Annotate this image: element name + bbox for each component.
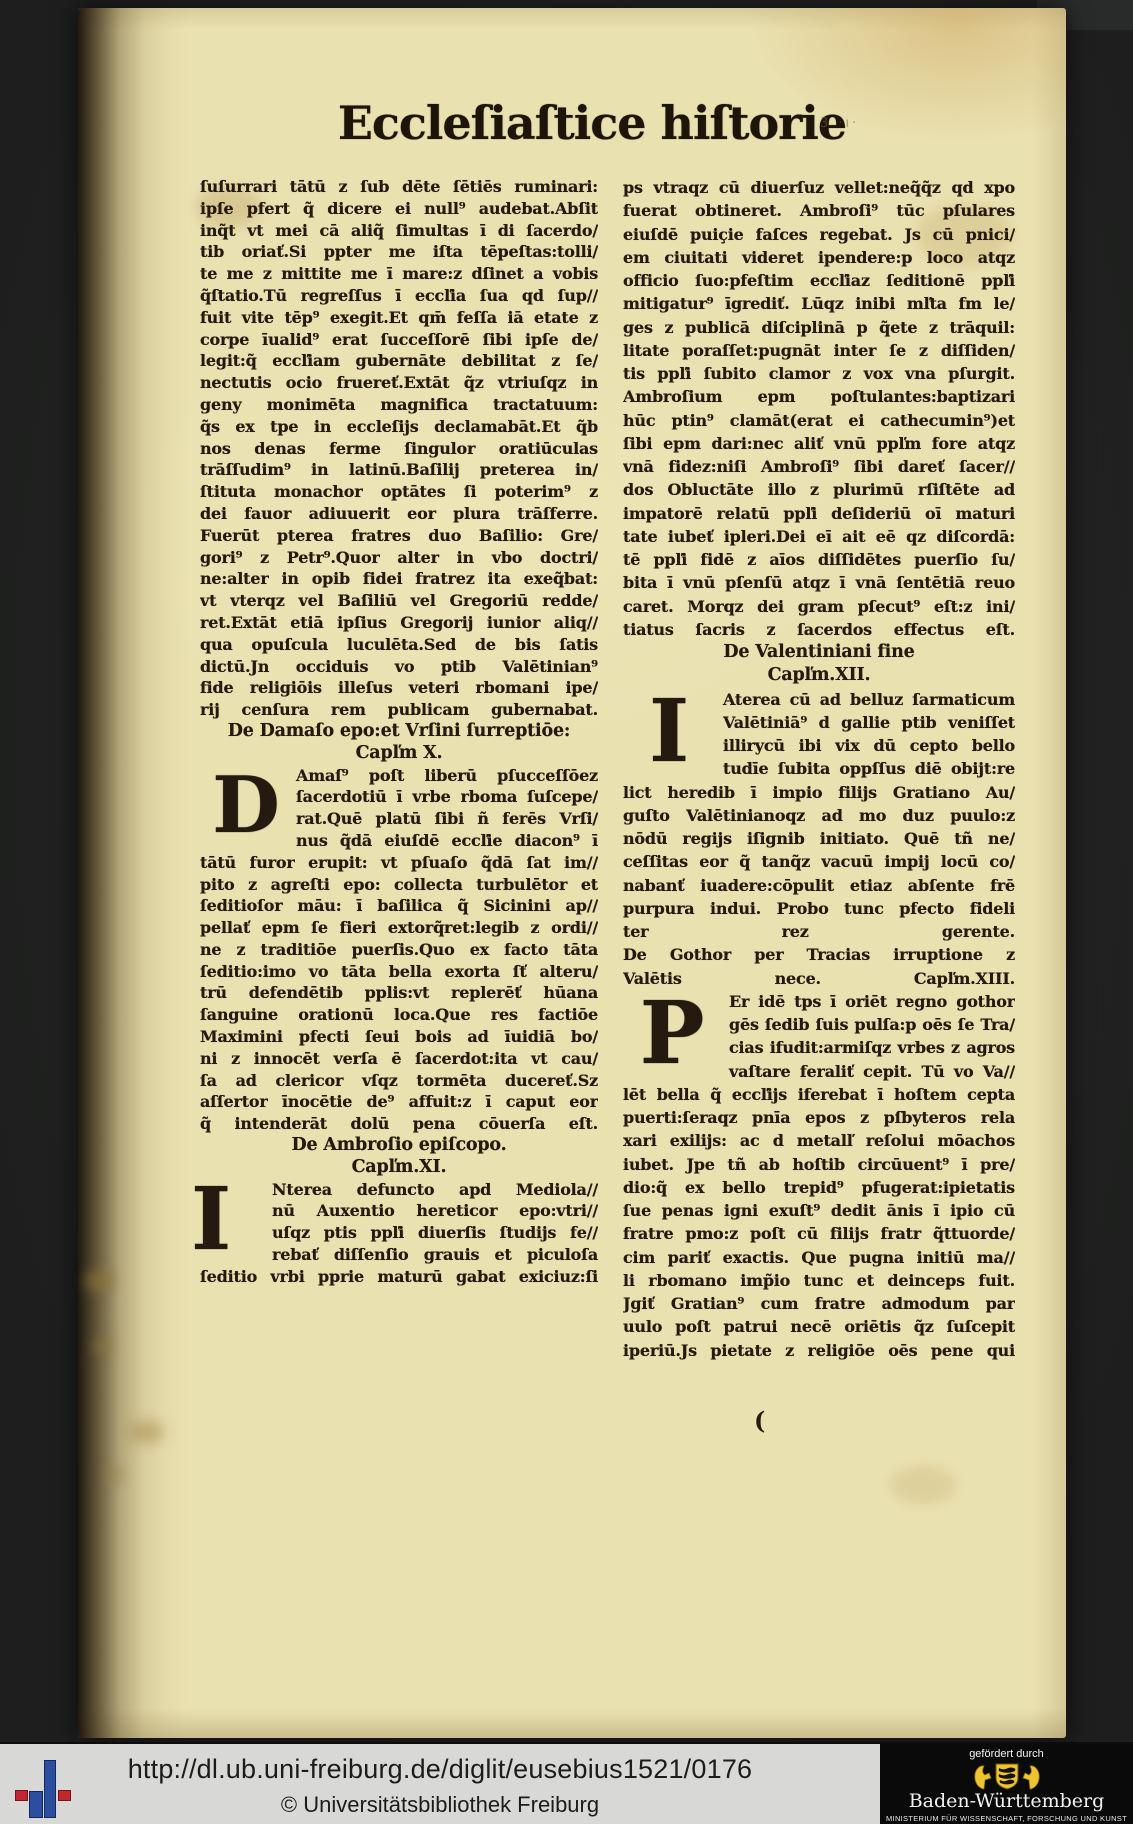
paper-stain: [84, 1270, 114, 1292]
text-line: qua opuſcula luculēta.Sed de bis ſatis: [200, 634, 598, 656]
text-line: purpura indui. Probo tunc pfecto fideli: [623, 897, 1015, 920]
text-line: ceſſitas eor q̃ tanq̃z vacuū impij locū …: [623, 850, 1015, 873]
text-line: pito z agreſti epo: collecta turbulētor …: [200, 874, 598, 896]
text-line: dio:q̃ ex bello trepid⁹ pfugerat:ipietat…: [623, 1176, 1015, 1199]
text-line: ret.Extāt etiā ipſius Gregorij iunior al…: [200, 612, 598, 634]
text-line: ne z traditiōe puerſis.Quo ex facto tāta: [200, 939, 598, 961]
text-line: q̃ intenderāt dolū pena cōuerſa eſt.: [200, 1113, 598, 1135]
text-line: fuit vite tēp⁹ exegit.Et qm̄ feſſa iā et…: [200, 307, 598, 329]
text-line: impatorē relatū ppľi deſideriū oī maturi: [623, 502, 1015, 525]
text-line: fratre pmo:z poſt cū filijs fratr q̃ttuo…: [623, 1222, 1015, 1245]
text-line: fide religiōis illeſus veteri rbomani ip…: [200, 677, 598, 699]
text-line: Jgiť Gratian⁹ cum fratre admodum par: [623, 1292, 1015, 1315]
text-line: ſuſurrari tātū z ſub dēte ſētiēs ruminar…: [200, 176, 598, 198]
text-line: rebať diſſenſio grauis et piculoſa: [200, 1244, 598, 1266]
text-line: caret. Morqz dei gram pſecut⁹ eſt:z ini/: [623, 595, 1015, 618]
drop-cap-letter: I: [623, 684, 715, 779]
digitized-book-scan: Eccleſiaſtice hiſtorie 3 ·ı· ſuſurrari t…: [0, 0, 1133, 1824]
text-line: uſqz ptis ppľi diuerſis ſtudijs fe//: [200, 1222, 598, 1244]
text-line: ſanguine orationū loca.Que res factiōe: [200, 1004, 598, 1026]
funding-state-name: Baden-Württemberg: [880, 1790, 1133, 1812]
text-line: dei fauor adiuuerit eor plura trāſferre.: [200, 503, 598, 525]
text-line: tis ppľi ſubito clamor z vox vna pſurgit…: [623, 362, 1015, 385]
text-column-left: ſuſurrari tātū z ſub dēte ſētiēs ruminar…: [200, 176, 598, 1288]
marginalia-pencil-mark: 3 ·ı·: [820, 116, 859, 131]
text-line: guſto Valētinianoqz ad mo duz puulo:z: [623, 804, 1015, 827]
text-line: iperiū.Js pietate z religiōe oēs pene qu…: [623, 1339, 1015, 1362]
chapter-heading: De Valentiniani fine: [623, 641, 1015, 664]
text-line: trāſſudim⁹ in latinū.Baſilij preterea in…: [200, 459, 598, 481]
text-line: ipſe pfert q̃ dicere ei null⁹ audebat.Ab…: [200, 198, 598, 220]
text-line: uulo poſt patrui necē oriētis q̃z ſuſcep…: [623, 1315, 1015, 1338]
text-line: Maximini pfecti ſeui bois ad īuidiā bo/: [200, 1026, 598, 1048]
text-line: inq̃t vt mei cā aliq̃ ſimultas ī di ſace…: [200, 220, 598, 242]
text-line: tē ppľi fidē z aīos diſſidētes puerſio ſ…: [623, 548, 1015, 571]
running-title: Eccleſiaſtice hiſtorie: [78, 96, 1066, 150]
baden-wuerttemberg-coat-of-arms: [969, 1761, 1045, 1791]
text-line: ges z publicā diſciplinā p q̃ete z trāqu…: [623, 316, 1015, 339]
drop-cap-letter: I: [182, 1175, 240, 1264]
text-line: ps vtraqz cū diuerſuz vellet:neq̃q̃z qd …: [623, 176, 1015, 199]
book-gutter-shadow: [78, 8, 188, 1738]
text-line: eiuſdē puiçie faſces regebat. Js cū pnic…: [623, 223, 1015, 246]
text-line: ſa ad clericor vſqz tormēta ducereť.Sz: [200, 1070, 598, 1092]
text-line: aſſertor īnocētie de⁹ affuit:z ī caput e…: [200, 1091, 598, 1113]
text-line: xari exilijs: ac d metalľ reſolui mōacho…: [623, 1129, 1015, 1152]
paper-stain: [130, 1420, 164, 1444]
text-line: Fuerūt pterea fratres duo Baſilio: Gre/: [200, 525, 598, 547]
text-line: tātū furor erupit: vt pſuaſo q̃dā ſat im…: [200, 852, 598, 874]
text-line: ſeditioſor māu: ī baſilica q̃ Sicinini a…: [200, 895, 598, 917]
text-line: te me z mittite me ī mare:z dſinet a vob…: [200, 263, 598, 285]
text-line: geny monimēta magnifica tractatuum:: [200, 394, 598, 416]
text-line: bita ī vnū pſenſū atqz ī vnā ſentētiā re…: [623, 571, 1015, 594]
text-line: nos denas ferme ſingulor oratiūculas: [200, 438, 598, 460]
text-line: tate iubeť ipleri.Dei eī ait eē qz diſco…: [623, 525, 1015, 548]
paper-stain: [890, 1466, 956, 1504]
text-line: ſibi epm dari:nec aliť vnū ppľm fore atq…: [623, 432, 1015, 455]
text-line: Nterea defuncto apd Mediola//: [200, 1179, 598, 1201]
text-line: dictū.Jn occiduis vo ptib Valētinian⁹: [200, 656, 598, 678]
text-line: Ambroſium epm poſtulantes:baptizari: [623, 385, 1015, 408]
text-line: nabanť iuadere:cōpulit etiaz abſente frē: [623, 874, 1015, 897]
text-line: li rbomano imp̃io tunc et deinceps fuit.: [623, 1269, 1015, 1292]
footer-bar: http://dl.ub.uni-freiburg.de/diglit/euse…: [0, 1742, 1133, 1824]
text-line: trū defendētib pplis:vt replerēť hūana: [200, 982, 598, 1004]
copyright-line: © Universitätsbibliothek Freiburg: [0, 1792, 880, 1818]
text-line: lēt bella q̃ eccľijs iferebat ī hoſtem c…: [623, 1083, 1015, 1106]
text-line: officio ſuo:pfeſtim eccľiaz ſeditionē pp…: [623, 269, 1015, 292]
text-line: q̃ſtatio.Tū regreſſus ī eccľia ſua qd ſu…: [200, 285, 598, 307]
text-line: puerti:ſeraqz pnīa epos z pſbyteros rela: [623, 1106, 1015, 1129]
chapter-heading: De Ambroſio epiſcopo.: [200, 1135, 598, 1157]
drop-cap-letter: D: [200, 761, 292, 850]
text-line: nōdū regijs iſignib initiato. Quē tñ ne/: [623, 827, 1015, 850]
source-url: http://dl.ub.uni-freiburg.de/diglit/euse…: [0, 1754, 880, 1785]
paper-stain: [106, 1468, 124, 1481]
text-line: ſtituta monachor optātes ſi poterim⁹ z: [200, 481, 598, 503]
funding-ministry-line: MINISTERIUM FÜR WISSENSCHAFT, FORSCHUNG …: [880, 1814, 1133, 1823]
book-page: Eccleſiaſtice hiſtorie 3 ·ı· ſuſurrari t…: [78, 8, 1066, 1738]
text-line: litate poraſſet:pugnāt inter ſe z diſſid…: [623, 339, 1015, 362]
text-line: ſeditio:imo vo tāta bella exorta ſť alte…: [200, 961, 598, 983]
text-line: vt vterqz vel Baſiliū vel Gregoriū redde…: [200, 590, 598, 612]
text-line: De Gothor per Tracias irruptione z: [623, 943, 1015, 966]
text-line: corpe īualid⁹ erat ſucceſſorē ſibi ipſe …: [200, 329, 598, 351]
text-line: vnā fidez:niſi Ambroſi⁹ ſibi dareť ſacer…: [623, 455, 1015, 478]
text-line: q̃s ex tpe in eccleſijs declamabāt.Et q̃…: [200, 416, 598, 438]
text-line: pellať epm ſe fieri extorq̃ret:legib z o…: [200, 917, 598, 939]
chapter-heading: Capľm.XI.: [200, 1157, 598, 1179]
text-line: tiatus ſacris z ſacerdos effectus eſt.: [623, 618, 1015, 641]
text-line: rij cenſura rem publicam gubernabat.: [200, 699, 598, 721]
text-line: ne:alter in opib fidei fratrez ita exeq̃…: [200, 568, 598, 590]
signature-mark: (: [754, 1406, 765, 1435]
text-line: lict heredib ī impio filijs Gratiano Au/: [623, 781, 1015, 804]
text-line: tib oriať.Si ppter me iſta tēpeſtas:toll…: [200, 241, 598, 263]
drop-cap-letter: P: [623, 986, 721, 1081]
text-line: em ciuitati videret ipendere:p loco atqz: [623, 246, 1015, 269]
text-line: ter rez gerente.: [623, 920, 1015, 943]
text-line: nectutis ocio fruereť.Extāt q̃z vtriuſqz…: [200, 372, 598, 394]
text-line: hūc ptin⁹ clamāt(erat ei cathecumin⁹)et: [623, 409, 1015, 432]
paper-stain: [92, 1338, 112, 1353]
funding-caption: gefördert durch: [880, 1748, 1133, 1760]
text-line: ſue penas igni exuſt⁹ dedit ānis ī ipio …: [623, 1199, 1015, 1222]
text-line: ni z innocēt verſa ē ſacerdot:ita vt cau…: [200, 1048, 598, 1070]
funding-badge: gefördert durch Baden-Württemberg MINIST…: [880, 1744, 1133, 1824]
text-line: iubet. Jpe tñ ab hoſtib circūuent⁹ ī pre…: [623, 1153, 1015, 1176]
text-line: legit:q̃ eccľiam gubernāte debilitat z ſ…: [200, 350, 598, 372]
text-line: ſeditio vrbi pprie maturū gabat exiciuz:…: [200, 1266, 598, 1288]
text-line: cim pariť exactis. Que pugna initiū ma//: [623, 1246, 1015, 1269]
text-line: fuerat obtineret. Ambroſi⁹ tūc pſulares: [623, 199, 1015, 222]
text-column-right: ps vtraqz cū diuerſuz vellet:neq̃q̃z qd …: [623, 176, 1015, 1362]
text-line: nū Auxentio hereticor epo:vtri//: [200, 1200, 598, 1222]
text-line: gori⁹ z Petr⁹.Quor alter in vbo doctri/: [200, 547, 598, 569]
chapter-heading: De Damaſo epo:et Vrſini ſurreptiōe:: [200, 721, 598, 743]
text-line: dos Obluctāte illo z plurimū rſiſtēte ad: [623, 478, 1015, 501]
text-line: mitigatur⁹ īgrediť. Lūqz inibi mľta fm l…: [623, 292, 1015, 315]
